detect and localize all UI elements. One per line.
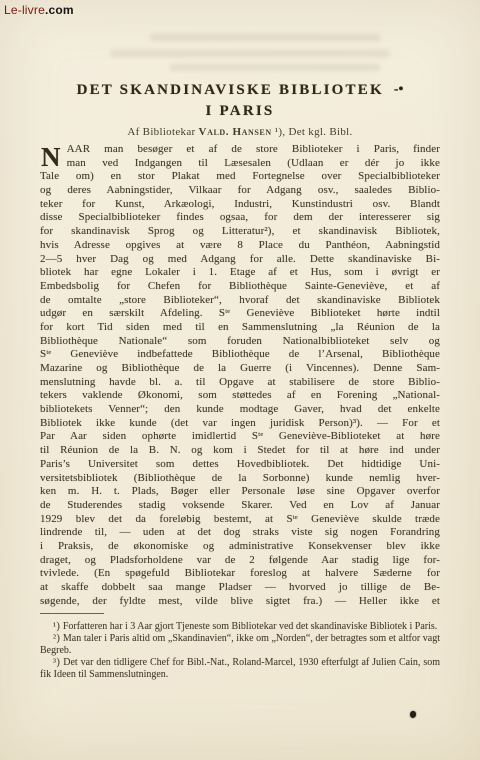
body-text-line: draget, og Pladsforholdene var de 2 følg…	[40, 554, 440, 568]
drop-cap: N	[41, 144, 61, 170]
text-column: DET SKANDINAVISKE BIBLIOTEK-• I PARIS Af…	[40, 80, 440, 681]
body-text-line: de omtalte „store Biblioteker“, hvoraf d…	[40, 294, 440, 308]
body-text-line: i Praksis, de økonomiske og administrati…	[40, 540, 440, 554]
body-text-line: søgende, der fyldte mest, vilde blive si…	[40, 595, 440, 609]
body-text-line: man ved Indgangen til Læsesalen (Udlaan …	[67, 157, 440, 171]
byline-prefix: Af Bibliotekar	[127, 126, 198, 138]
body-text-line: Paris’s Universitet som dettes Hovedbibl…	[40, 458, 440, 472]
handwritten-annotation-mark: -•	[394, 80, 404, 100]
scanned-book-page: Le-livre.com DET SKANDINAVISKE BIBLIOTEK…	[0, 0, 480, 760]
body-text-line: og deres Aabningstider, Vilkaar for Adga…	[40, 184, 440, 198]
body-text-line: bliotek har egne Lokaler i 1. Etage af e…	[40, 266, 440, 280]
footnote-text: Det var den tidligere Chef for Bibl.-Nat…	[40, 657, 440, 680]
body-text-line: at skaffe dobbelt saa mange Pladser — hv…	[40, 581, 440, 595]
article-title-text: DET SKANDINAVISKE BIBLIOTEK	[77, 82, 384, 98]
page-bleedthrough	[150, 34, 380, 41]
body-text-line: tekers vaklende Økonomi, som støttedes a…	[40, 389, 440, 403]
body-text-line: AAR man besøger et af de store Bibliotek…	[67, 143, 440, 157]
body-text-line: disse Specialbiblioteker findes ogsaa, f…	[40, 211, 440, 225]
article-title-line-2: I PARIS	[40, 101, 440, 121]
body-text-line: lindrende til, — uden at det dog straks …	[40, 526, 440, 540]
ink-speck	[410, 711, 416, 718]
body-text-line: Bibliotek ikke kunde (det var ingen juri…	[40, 417, 440, 431]
body-text-line: hvis Adresse opgives at være 8 Place du …	[40, 239, 440, 253]
body-text-line: 2—5 hver Dag og med Adgang for alle. Det…	[40, 253, 440, 267]
body-text-line: Sᵗᵉ Geneviève indbefattede Bibliothèque …	[40, 348, 440, 362]
byline-suffix: Det kgl. Bibl.	[288, 126, 352, 138]
body-text-line: menslutning havde bl. a. til Opgave at s…	[40, 376, 440, 390]
footnotes: ¹) Forfatteren har i 3 Aar gjort Tjenest…	[40, 621, 440, 681]
body-text-line: de Studerendes stadig voksende Skarer. V…	[40, 499, 440, 513]
footnote: ²) Man taler i Paris altid om „Skandinav…	[40, 633, 440, 657]
body-text-line: tvivlede. (En spøgefuld Bibliotekar fore…	[40, 567, 440, 581]
footnote-text: Forfatteren har i 3 Aar gjort Tjeneste s…	[60, 621, 437, 632]
watermark: Le-livre.com	[4, 3, 74, 17]
article-title-line-1: DET SKANDINAVISKE BIBLIOTEK-•	[40, 80, 440, 101]
body-text-line: bibliotekets Venner“; den kunde modtage …	[40, 403, 440, 417]
page-bleedthrough	[110, 50, 390, 57]
body-text-line: Embedsbolig for Chefen for Bibliothèque …	[40, 280, 440, 294]
watermark-tld: .com	[45, 3, 74, 17]
body-text-line: Par Aar siden ophørte imidlertid Sᵗᵉ Gen…	[40, 430, 440, 444]
body-text-lines: AAR man besøger et af de store Bibliotek…	[40, 143, 440, 608]
footnote-separator-rule	[40, 613, 104, 614]
body-text-line: Bibliothèque Nationale“ som foruden Nati…	[40, 335, 440, 349]
body-text-line: 1929 blev det da foreløbig bestemt, at S…	[40, 513, 440, 527]
footnote: ¹) Forfatteren har i 3 Aar gjort Tjenest…	[40, 621, 440, 633]
page-bleedthrough	[170, 64, 380, 71]
watermark-site-name: Le-livre	[4, 3, 45, 17]
body-text-line: versitetsbibliotek (Bibliothèque de la S…	[40, 472, 440, 486]
body-text-line: Mazarine og Bibliothèque de la Guerre (i…	[40, 362, 440, 376]
byline-footnote-ref: ¹),	[272, 126, 289, 138]
body-text-line: Tale om) en stor Plakat med Fortegnelse …	[40, 170, 440, 184]
body-text-line: for skandinavisk Sprog og Litteratur²), …	[40, 225, 440, 239]
byline-author: Vald. Hansen	[199, 126, 272, 138]
byline: Af Bibliotekar Vald. Hansen ¹), Det kgl.…	[40, 125, 440, 139]
body-text-line: udgør en særskilt Afdeling. Sᵗᵉ Genevièv…	[40, 307, 440, 321]
body-text-line: til Réunion de la B. N. og kom i Stedet …	[40, 444, 440, 458]
body-text-line: ken m. H. t. Plads, Bøger eller Personal…	[40, 485, 440, 499]
body-text-line: teker for Kunst, Arkæologi, Industri, Ku…	[40, 198, 440, 212]
footnote: ³) Det var den tidligere Chef for Bibl.-…	[40, 657, 440, 681]
body-text: N AAR man besøger et af de store Bibliot…	[40, 143, 440, 608]
body-text-line: for kort Tid siden med til en Sammenslut…	[40, 321, 440, 335]
footnote-text: Man taler i Paris altid om „Skandinavien…	[40, 633, 440, 656]
